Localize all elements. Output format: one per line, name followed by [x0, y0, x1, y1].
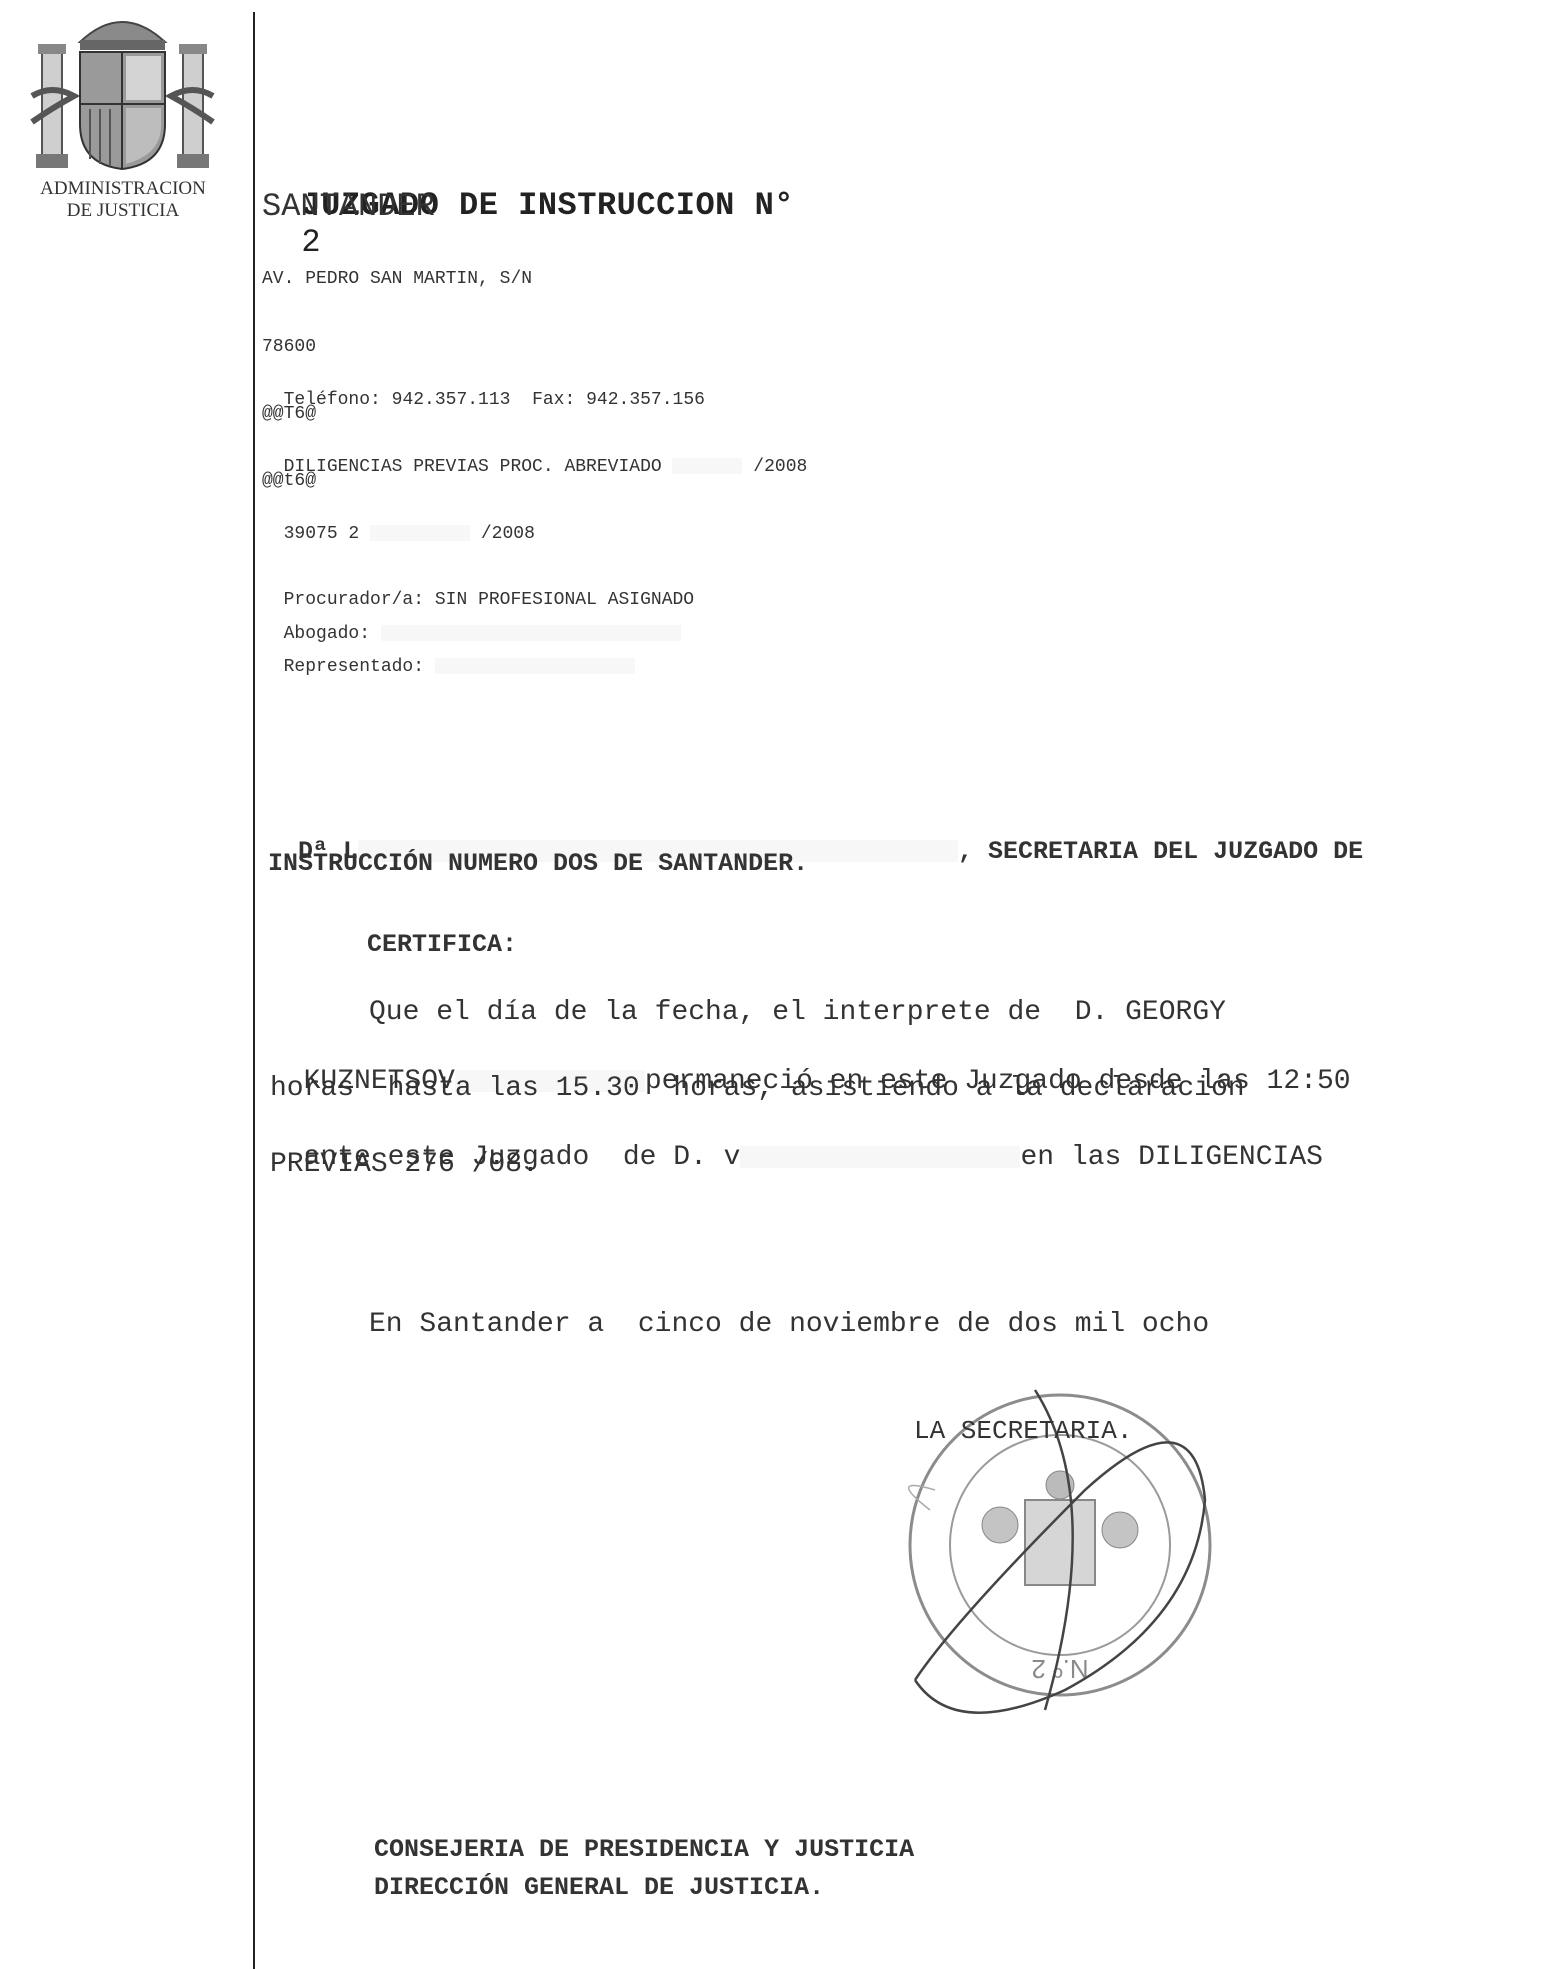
redacted-declarant	[740, 1146, 1020, 1168]
date-line: En Santander a cinco de noviembre de dos…	[369, 1309, 1209, 1340]
procedure-year: /2008	[753, 457, 807, 477]
fax-label: Fax:	[532, 390, 575, 410]
paragraph-line-3: horas hasta las 15.30 horas, asistiendo …	[270, 1073, 1245, 1104]
signatory-title: LA SECRETARIA.	[914, 1416, 1132, 1446]
phone-number: 942.357.113	[392, 390, 511, 410]
spanish-coat-of-arms-icon	[30, 4, 215, 174]
paragraph-line-4-end: en las DILIGENCIAS	[1020, 1142, 1322, 1173]
representado-label: Representado:	[284, 657, 424, 677]
template-code-1: @@T6@	[262, 404, 316, 424]
redacted-reference	[370, 525, 470, 541]
paragraph-line-5: PREVIAS 276 /08.	[270, 1149, 539, 1180]
certifica-heading: CERTIFICA:	[367, 930, 517, 959]
template-code-2: @@t6@	[262, 471, 316, 491]
court-number: 2	[301, 224, 321, 261]
issuer-line-2: INSTRUCCIÓN NUMERO DOS DE SANTANDER.	[268, 849, 808, 878]
agency-label: ADMINISTRACION DE JUSTICIA	[18, 178, 228, 222]
court-address: AV. PEDRO SAN MARTIN, S/N	[262, 269, 532, 289]
svg-text:N.º 2: N.º 2	[1031, 1654, 1088, 1684]
reference-prefix: 39075 2	[284, 524, 360, 544]
paragraph-line-1: Que el día de la fecha, el interprete de…	[369, 997, 1226, 1028]
contact-line: Teléfono: 942.357.113 Fax: 942.357.156	[262, 370, 705, 410]
procedure-line: DILIGENCIAS PREVIAS PROC. ABREVIADO /200…	[262, 437, 807, 477]
procedure-type: DILIGENCIAS PREVIAS PROC. ABREVIADO	[284, 457, 662, 477]
footer-line-1: CONSEJERIA DE PRESIDENCIA Y JUSTICIA	[374, 1835, 914, 1864]
footer-line-2: DIRECCIÓN GENERAL DE JUSTICIA.	[374, 1873, 824, 1902]
redacted-number	[672, 458, 742, 474]
margin-rule	[253, 12, 255, 1969]
representado-line: Representado:	[262, 637, 635, 677]
agency-line-1: ADMINISTRACION	[18, 178, 228, 200]
reference-year: /2008	[481, 524, 535, 544]
fax-number: 942.357.156	[586, 390, 705, 410]
postal-code: 78600	[262, 337, 316, 357]
agency-line-2: DE JUSTICIA	[18, 200, 228, 222]
issuer-role: , SECRETARIA DEL JUZGADO DE	[958, 837, 1363, 866]
redacted-representado	[435, 658, 635, 674]
reference-line: 39075 2 /2008	[262, 504, 535, 544]
court-city: SANTANDER	[262, 188, 435, 225]
